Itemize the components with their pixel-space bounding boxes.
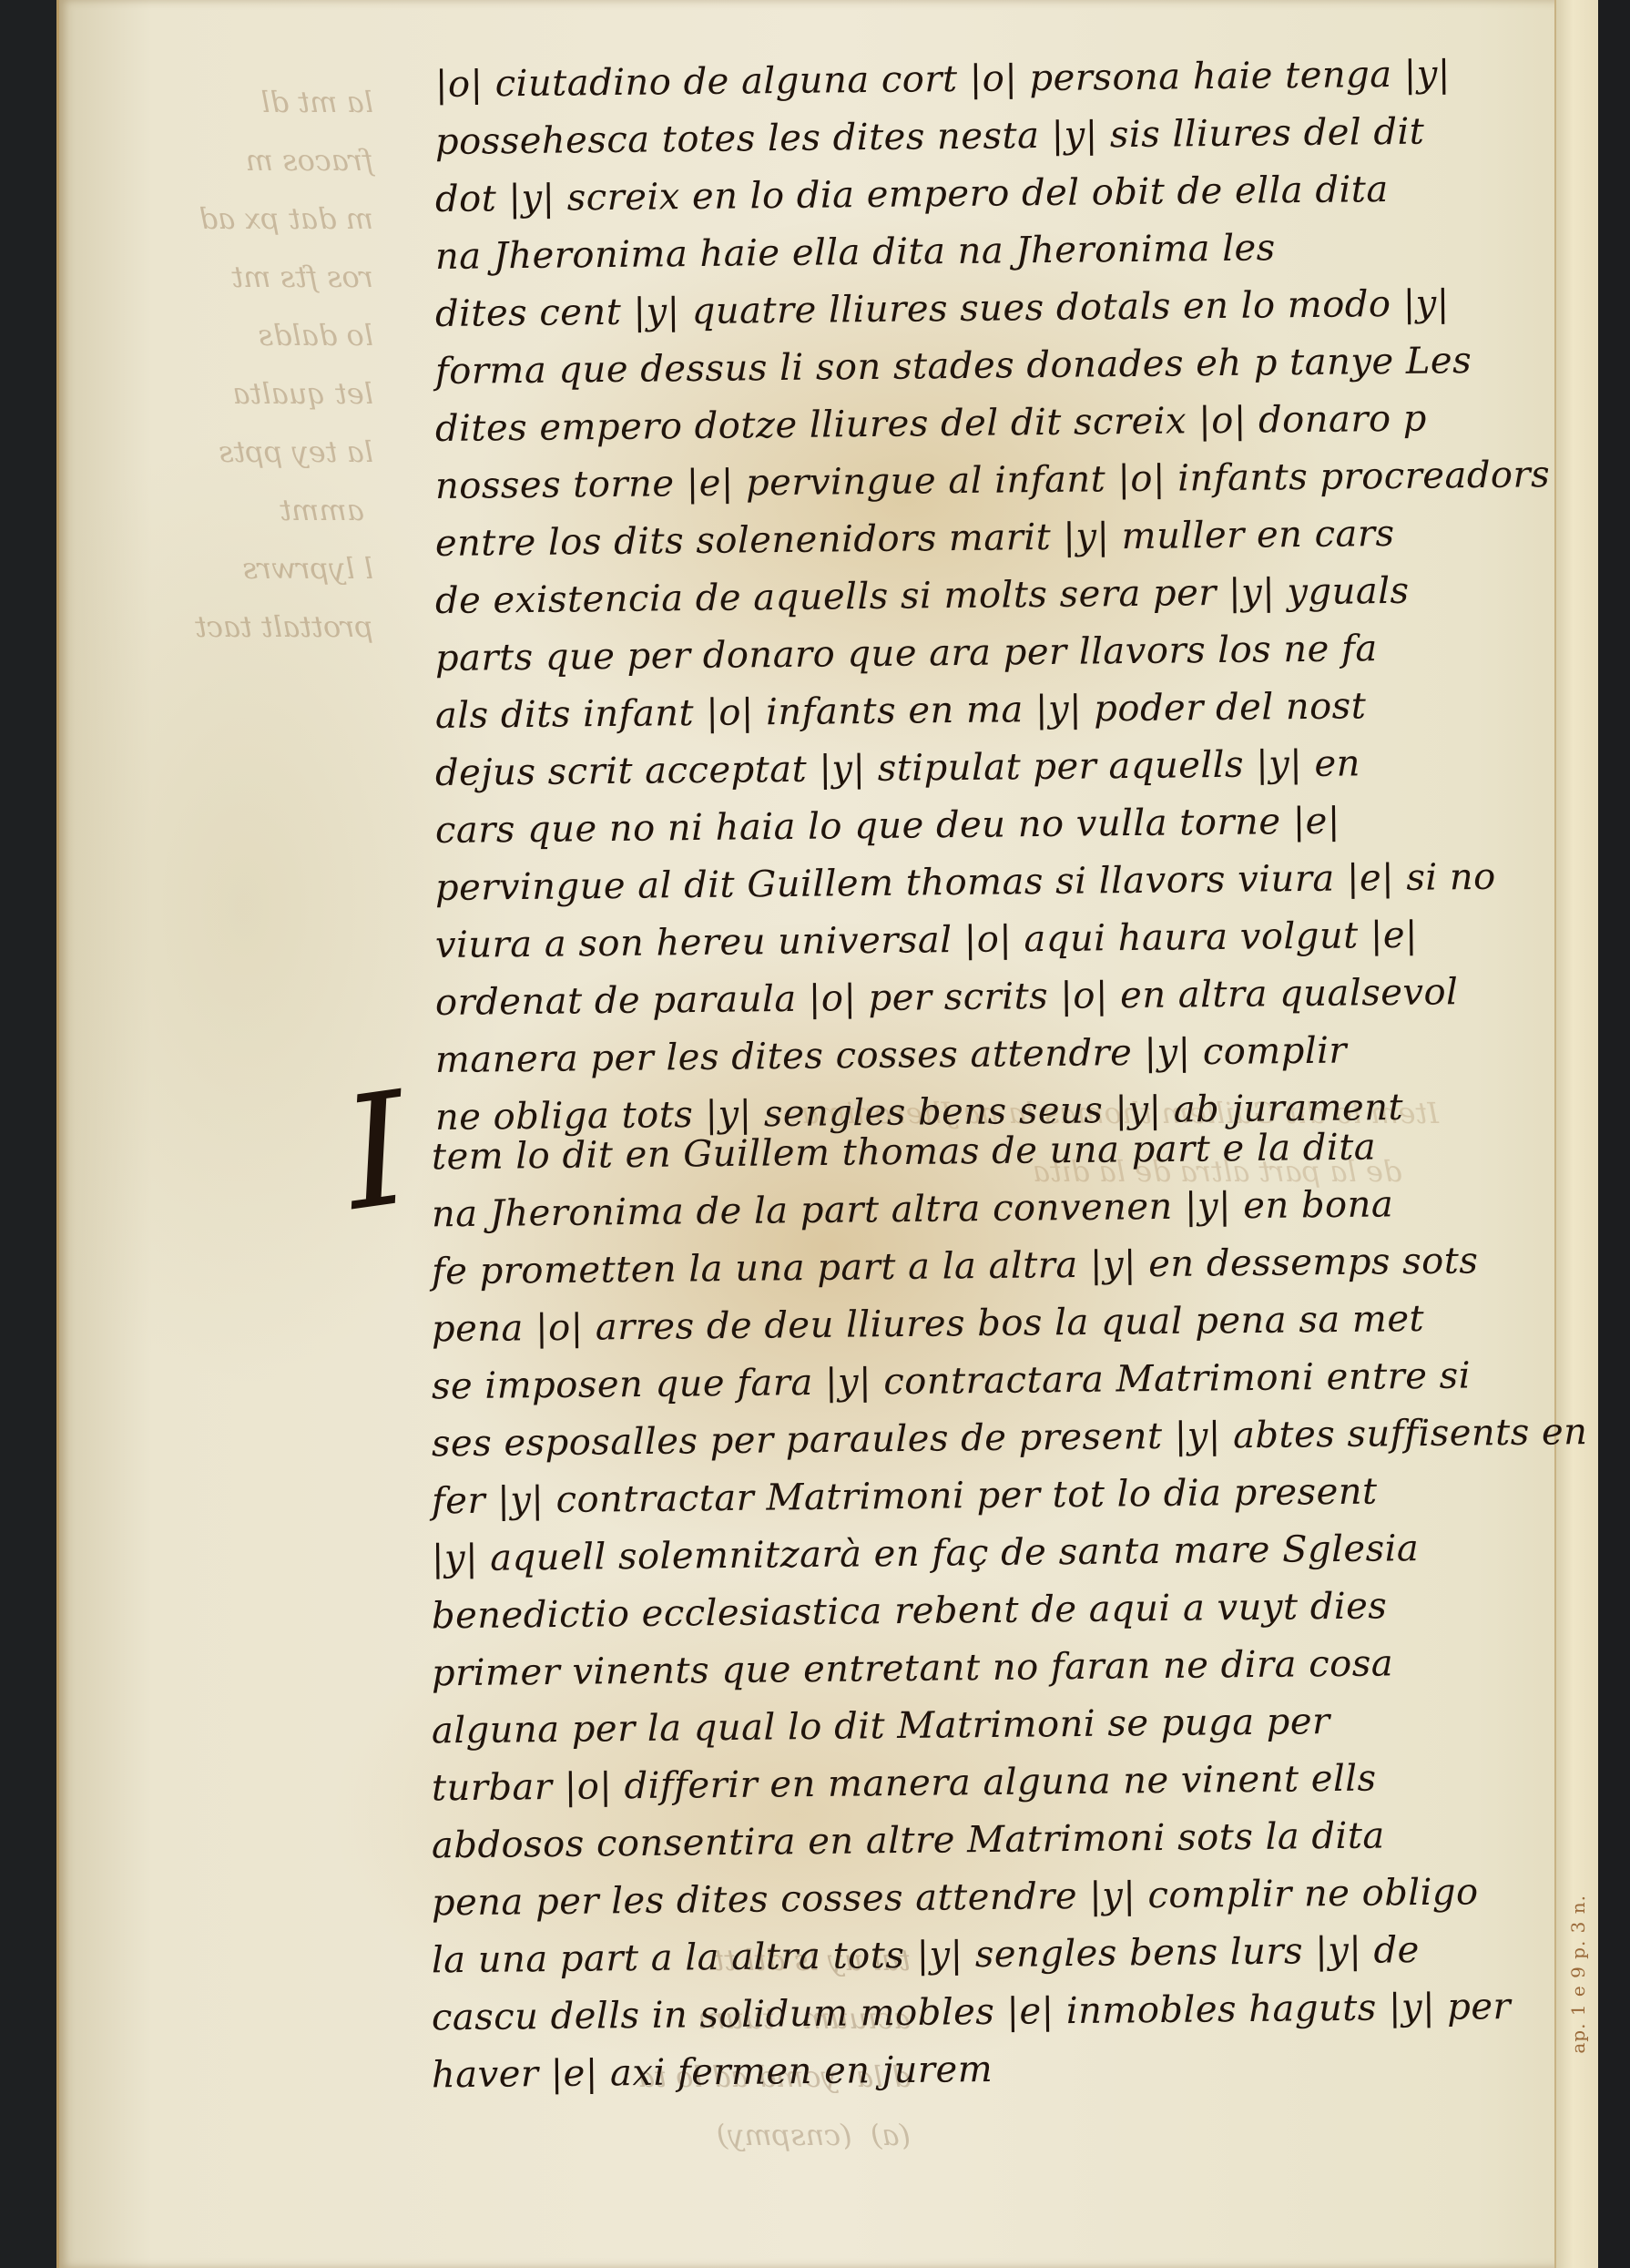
text-line: haver |e| axi fermen en jurem <box>381 2036 1529 2105</box>
paragraph-2: tem lo dit en Guillem thomas de una part… <box>381 1129 1528 2105</box>
paragraph-1: |o| ciutadino de alguna cort |o| persona… <box>435 56 1528 1147</box>
adjacent-page-edge: ap. 1 e 9 p. 3 n. <box>1554 0 1598 2268</box>
edge-margin-note: ap. 1 e 9 p. 3 n. <box>1567 1895 1589 2054</box>
bleed-through-left-margin: la mt dl fracos m m dat px ad ros fts mt… <box>100 73 373 656</box>
dark-background-binding <box>0 0 62 2268</box>
